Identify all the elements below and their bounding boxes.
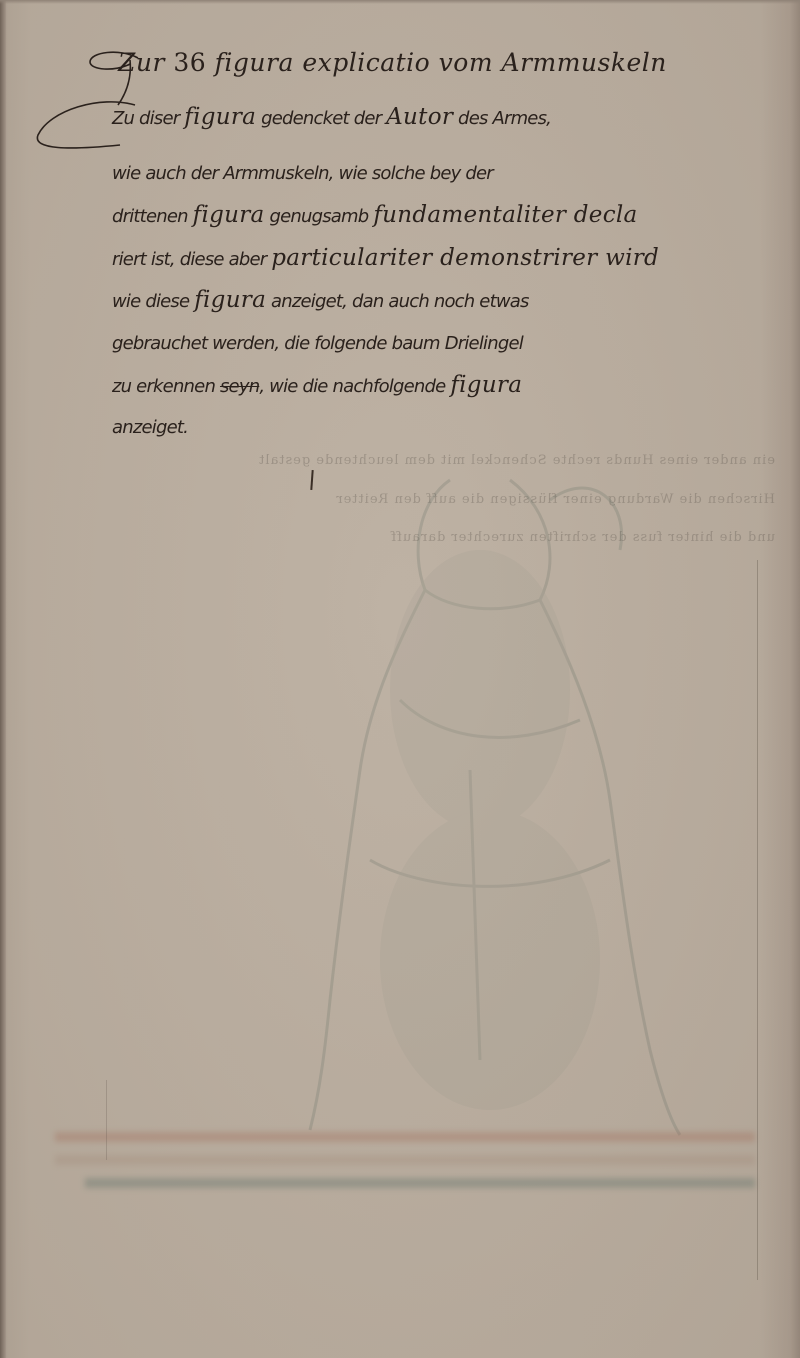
text-segment: gebrauchet werden, die folgende baum Dri… [112,333,523,354]
text-segment: , wie die nachfolgende [259,376,450,397]
latin-word: particulariter [271,245,432,271]
text-segment: Zu diser [112,108,184,129]
ruled-line-faint [55,1155,755,1165]
text-line-8: anzeiget. [112,414,188,438]
text-line-4: riert ist, diese aber particulariter dem… [112,245,659,271]
heading-prefix: Zur [118,48,165,77]
latin-word: fundamentaliter [373,202,566,228]
text-line-6: gebrauchet werden, die folgende baum Dri… [112,330,523,354]
text-segment: genugsamb [265,206,374,227]
latin-word: figura [194,287,266,313]
page-top-edge [0,0,800,4]
struck-word: seyn [220,376,259,397]
latin-word: Autor [386,104,453,130]
latin-word: figura [450,372,522,398]
heading-word: Armmuskeln [502,48,667,77]
text-segment: anzeiget. [112,417,188,438]
latin-word: decla [566,202,637,228]
text-segment: des Armes, [453,108,551,129]
text-segment: gedencket der [256,108,386,129]
text-segment: wie diese [112,291,194,312]
manuscript-page: ein ander eines Hunds rechte Schenckel m… [0,0,800,1358]
text-segment: riert ist, diese aber [112,249,271,270]
text-line-3: drittenen figura genugsamb fundamentalit… [112,202,638,228]
heading-word: figura [215,48,294,77]
page-heading: Zur 36 figura explicatio vom Armmuskeln [118,48,667,77]
show-through-figure [250,440,730,1140]
page-left-edge [0,0,6,1358]
heading-word: explicatio [302,48,430,77]
text-line-7: zu erkennen seyn, wie die nachfolgende f… [112,372,522,398]
text-segment: drittenen [112,206,193,227]
ruled-line-red [55,1132,755,1142]
text-segment: anzeiget, dan auch noch etwas [266,291,528,312]
text-line-5: wie diese figura anzeiget, dan auch noch… [112,287,529,313]
latin-word: figura [193,202,265,228]
left-margin-rule [106,1080,107,1160]
text-segment: zu erkennen [112,376,220,397]
text-line-1: Zu diser figura gedencket der Autor des … [112,104,551,130]
heading-word: vom [439,48,493,77]
heading-number: 36 [173,48,206,77]
ruled-line-green [85,1178,755,1188]
latin-word: figura [184,104,256,130]
text-segment: wie auch der Armmuskeln, wie solche bey … [112,163,493,184]
right-margin-rule [757,560,758,1280]
latin-word: demonstrirer wird [432,245,659,271]
text-line-2: wie auch der Armmuskeln, wie solche bey … [112,160,493,184]
